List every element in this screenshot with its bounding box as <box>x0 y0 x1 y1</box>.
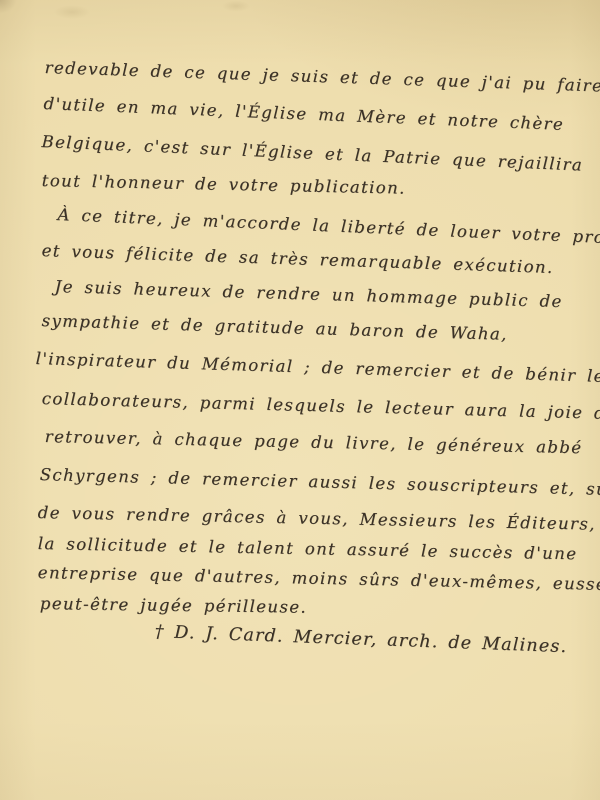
manuscript-line-15: entreprise que d'autres, moins sûrs d'eu… <box>38 563 600 594</box>
manuscript-line-06: et vous félicite de sa très remarquable … <box>41 241 554 277</box>
manuscript-line-03: Belgique, c'est sur l'Église et la Patri… <box>41 132 583 175</box>
manuscript-line-05: À ce titre, je m'accorde la liberté de l… <box>57 205 600 248</box>
manuscript-line-09: l'inspirateur du Mémorial ; de remercier… <box>35 349 600 386</box>
signature-line: † D. J. Card. Mercier, arch. de Malines. <box>154 622 567 657</box>
manuscript-line-14: la sollicitude et le talent ont assuré l… <box>38 534 578 563</box>
manuscript-line-04: tout l'honneur de votre publication. <box>42 171 406 198</box>
manuscript-line-07: Je suis heureux de rendre un hommage pub… <box>54 277 562 311</box>
manuscript-line-02: d'utile en ma vie, l'Église ma Mère et n… <box>43 94 564 134</box>
manuscript-line-12: Schyrgens ; de remercier aussi les sousc… <box>40 465 600 500</box>
manuscript-line-01: redevable de ce que je suis et de ce que… <box>44 58 600 96</box>
manuscript-line-16: peut-être jugée périlleuse. <box>40 594 307 617</box>
manuscript-line-11: retrouver, à chaque page du livre, le gé… <box>45 427 583 457</box>
manuscript-line-13: de vous rendre grâces à vous, Messieurs … <box>38 503 600 535</box>
manuscript-line-08: sympathie et de gratitude au baron de Wa… <box>41 311 508 344</box>
manuscript-page: redevable de ce que je suis et de ce que… <box>0 0 600 800</box>
manuscript-line-10: collaborateurs, parmi lesquels le lecteu… <box>42 389 600 423</box>
